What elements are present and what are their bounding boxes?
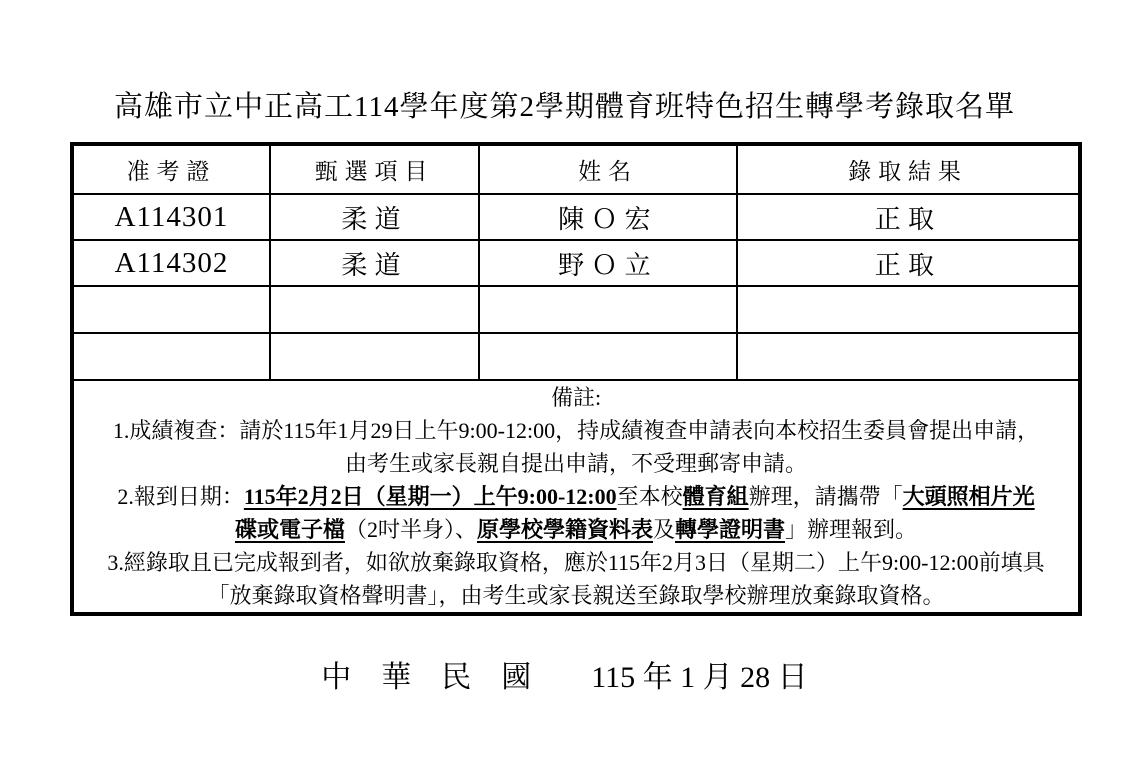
- note-line: 碟或電子檔（2吋半身）、原學校學籍資料表及轉學證明書」辦理報到。: [74, 513, 1078, 546]
- notes-row: 備註:1.成績複查：請於115年1月29日上午9:00-12:00，持成績複查申…: [72, 380, 1080, 614]
- table-row: A114302柔道野Ｏ立正取: [72, 240, 1080, 286]
- column-header: 錄取結果: [737, 144, 1080, 194]
- column-header: 姓名: [479, 144, 737, 194]
- note-text: 3.經錄取且已完成報到者，如欲放棄錄取資格，應於115年2月3日（星期二）上午9…: [107, 550, 1044, 575]
- note-emphasis-text: 大頭照相片光: [903, 484, 1035, 509]
- table-cell: [72, 333, 270, 380]
- note-line: 2.報到日期：115年2月2日（星期一）上午9:00-12:00至本校體育組辦理…: [74, 480, 1078, 513]
- column-header: 甄選項目: [270, 144, 479, 194]
- table-row: A114301柔道陳Ｏ宏正取: [72, 194, 1080, 240]
- note-text: 」辦理報到。: [785, 517, 917, 542]
- header-row: 准考證甄選項目姓名錄取結果: [72, 144, 1080, 194]
- note-emphasis-text: 轉學證明書: [675, 517, 785, 542]
- note-text: 「放棄錄取資格聲明書」，由考生或家長親送至錄取學校辦理放棄錄取資格。: [207, 583, 944, 608]
- table-cell: [270, 286, 479, 333]
- notes-section: 備註:1.成績複查：請於115年1月29日上午9:00-12:00，持成績複查申…: [72, 380, 1080, 614]
- table-header: 准考證甄選項目姓名錄取結果: [72, 144, 1080, 194]
- note-line: 1.成績複查：請於115年1月29日上午9:00-12:00，持成績複查申請表向…: [74, 414, 1078, 447]
- table-body: A114301柔道陳Ｏ宏正取A114302柔道野Ｏ立正取備註:1.成績複查：請於…: [72, 194, 1080, 614]
- note-text: 1.成績複查：請於115年1月29日上午9:00-12:00，持成績複查申請表向…: [113, 418, 1039, 443]
- table-cell: 柔道: [270, 194, 479, 240]
- footer-date: 中 華 民 國 115 年 1 月 28 日: [0, 652, 1129, 696]
- table-cell: [72, 286, 270, 333]
- table-cell: [270, 333, 479, 380]
- note-text: 辦理，請攜帶「: [749, 484, 903, 509]
- table-cell: [479, 333, 737, 380]
- note-text: 2.報到日期：: [117, 484, 244, 509]
- note-emphasis-text: 原學校學籍資料表: [477, 517, 653, 542]
- document-title: 高雄市立中正高工114學年度第2學期體育班特色招生轉學考錄取名單: [0, 84, 1129, 125]
- note-text: 及: [653, 517, 675, 542]
- table-cell: 野Ｏ立: [479, 240, 737, 286]
- table-cell: [737, 286, 1080, 333]
- note-text: （2吋半身）、: [345, 517, 477, 542]
- admission-table: 准考證甄選項目姓名錄取結果 A114301柔道陳Ｏ宏正取A114302柔道野Ｏ立…: [70, 142, 1082, 616]
- note-emphasis-text: 碟或電子檔: [235, 517, 345, 542]
- note-text: 至本校: [617, 484, 683, 509]
- table-cell: 柔道: [270, 240, 479, 286]
- table-cell: 陳Ｏ宏: [479, 194, 737, 240]
- note-emphasis-text: 體育組: [683, 484, 749, 509]
- empty-row: [72, 333, 1080, 380]
- table-cell: [479, 286, 737, 333]
- table-cell: A114302: [72, 240, 270, 286]
- document-page: 高雄市立中正高工114學年度第2學期體育班特色招生轉學考錄取名單 准考證甄選項目…: [0, 0, 1129, 771]
- table-cell: 正取: [737, 240, 1080, 286]
- notes-label: 備註:: [74, 381, 1078, 414]
- note-line: 「放棄錄取資格聲明書」，由考生或家長親送至錄取學校辦理放棄錄取資格。: [74, 579, 1078, 612]
- note-line: 由考生或家長親自提出申請，不受理郵寄申請。: [74, 447, 1078, 480]
- table-cell: A114301: [72, 194, 270, 240]
- column-header: 准考證: [72, 144, 270, 194]
- note-line: 3.經錄取且已完成報到者，如欲放棄錄取資格，應於115年2月3日（星期二）上午9…: [74, 546, 1078, 579]
- note-emphasis-text: 115年2月2日（星期一）上午9:00-12:00: [244, 484, 617, 509]
- table-cell: [737, 333, 1080, 380]
- note-text: 由考生或家長親自提出申請，不受理郵寄申請。: [345, 451, 807, 476]
- empty-row: [72, 286, 1080, 333]
- table-cell: 正取: [737, 194, 1080, 240]
